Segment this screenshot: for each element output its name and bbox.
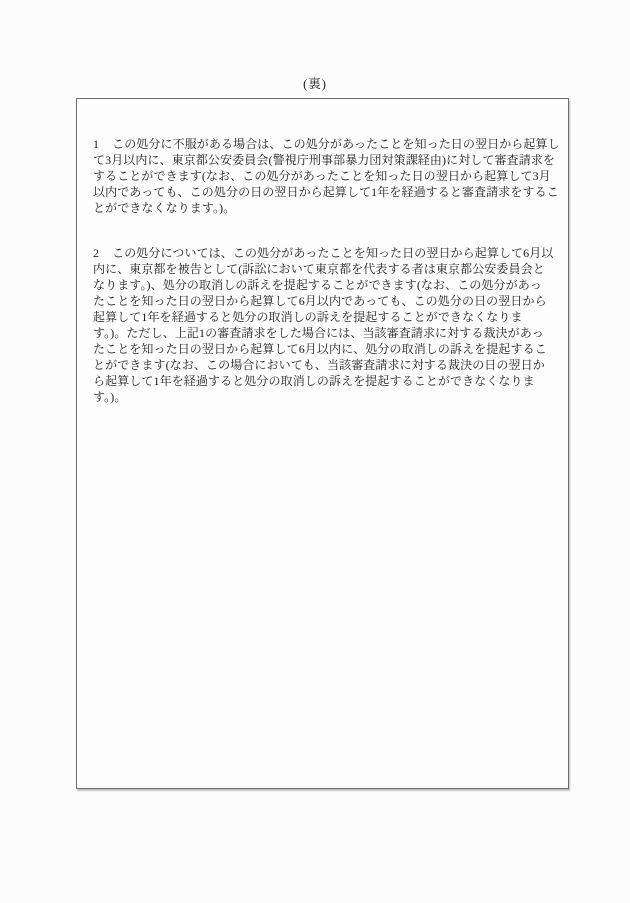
paragraph-number: 2 (93, 245, 99, 261)
paragraph-text: この処分については、この処分があったことを知った日の翌日から起算して6月以 内に… (93, 246, 553, 404)
paragraph-text: この処分に不服がある場合は、この処分があったことを知った日の翌日から起算し て3… (93, 137, 560, 215)
page-side-label: (裏) (0, 77, 630, 92)
document-page: { "page": { "side_label": "(裏)" }, "noti… (0, 0, 630, 903)
lawsuit-paragraph: 2この処分については、この処分があったことを知った日の翌日から起算して6月以 内… (88, 229, 562, 405)
paragraph-number: 1 (93, 136, 99, 152)
notice-box: 1この処分に不服がある場合は、この処分があったことを知った日の翌日から起算し て… (76, 98, 569, 789)
appeal-request-paragraph: 1この処分に不服がある場合は、この処分があったことを知った日の翌日から起算し て… (88, 120, 562, 216)
